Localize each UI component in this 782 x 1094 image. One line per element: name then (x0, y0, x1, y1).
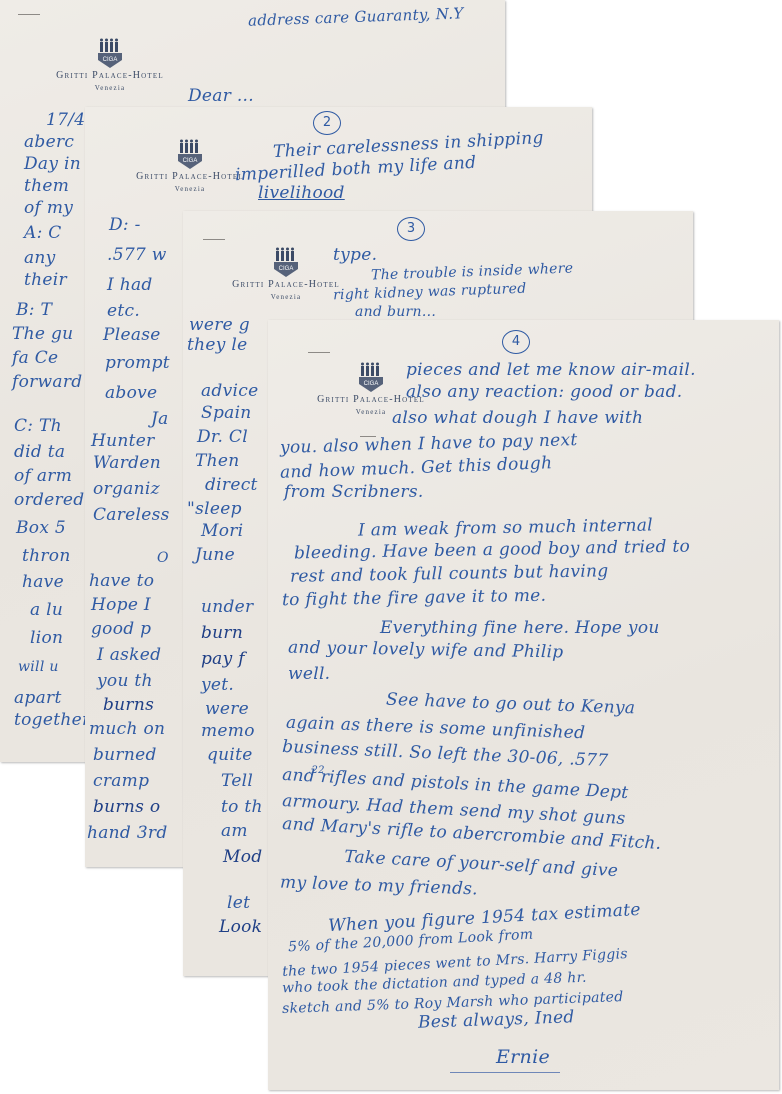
text-line: have (22, 574, 64, 591)
text-line: were g (189, 317, 250, 334)
text-line: hand 3rd (87, 825, 168, 842)
text-line: D: - (109, 217, 141, 234)
svg-text:CIGA: CIGA (279, 266, 294, 272)
text-line: rest and took full counts but having (290, 563, 609, 586)
text-line: etc. (107, 303, 140, 320)
text-line: they le (187, 337, 247, 354)
text-line: lion (30, 630, 63, 647)
text-line: direct (205, 477, 258, 494)
text-line: also what dough I have with (392, 410, 643, 427)
text-line: Everything fine here. Hope you (380, 620, 660, 637)
page-number-badge: 2 (313, 111, 341, 135)
text-line: forward (12, 374, 82, 391)
ciga-logo-icon: CIGA (358, 360, 384, 392)
text-line: pay f (201, 651, 245, 668)
text-line: were (205, 701, 249, 718)
text-line: did ta (14, 444, 65, 461)
text-line: organiz (93, 481, 160, 498)
text-line: type. (333, 247, 377, 264)
text-line: bleeding. Have been a good boy and tried… (294, 539, 690, 563)
text-line: quite (207, 747, 253, 764)
text-line: burns o (93, 799, 160, 816)
text-line: Mod (223, 849, 262, 866)
letterhead: CIGA Gritti Palace-Hotel Venezia (40, 36, 180, 92)
text-line: I had (107, 277, 153, 294)
text-line: June (195, 547, 235, 564)
text-line: a lu (30, 602, 63, 619)
text-line: together (14, 712, 90, 729)
text-line: Box 5 (16, 520, 66, 537)
text-line: .577 w (107, 247, 167, 264)
text-line: I am weak from so much internal (358, 517, 653, 539)
text-line: advice (201, 383, 258, 400)
text-line: to fight the fire gave it to me. (282, 588, 547, 610)
text-line: C: Th (14, 418, 62, 435)
text-line: Ja (151, 411, 169, 428)
text-line: and burn... (355, 305, 436, 319)
text-line: aberc (24, 134, 74, 151)
text-line: well. (288, 666, 330, 683)
text-line: under (201, 599, 253, 616)
text-line: and how much. Get this dough (280, 455, 553, 481)
svg-text:CIGA: CIGA (364, 381, 379, 387)
text-line: let (227, 895, 250, 912)
text-line: Spain (201, 405, 252, 422)
text-line: business still. So left the 30-06, .577 (282, 739, 609, 770)
text-line: Careless (93, 507, 170, 524)
text-line: them (24, 178, 69, 195)
text-line: am (221, 823, 248, 840)
text-line: their (24, 272, 67, 289)
page-number-badge: 4 (502, 330, 530, 354)
text-line: pieces and let me know air-mail. (406, 362, 696, 379)
salutation: Dear ... (188, 88, 254, 105)
text-line: burned (93, 747, 157, 764)
text-line: A: C (24, 225, 62, 242)
text-line: you th (97, 673, 153, 690)
text-line: will u (18, 660, 59, 674)
text-line: Please (103, 327, 161, 344)
divider (203, 239, 225, 240)
hotel-name: Gritti Palace-Hotel (40, 70, 180, 81)
text-line: Mori (201, 523, 243, 540)
letter-page-4: 4 CIGA Gritti Palace-Hotel Venezia piece… (268, 320, 779, 1090)
text-line: Tell (221, 773, 253, 790)
signature-underline (450, 1072, 560, 1073)
text-line: Hunter (91, 433, 155, 450)
text-line: "sleep (187, 501, 242, 518)
text-line: burns (103, 697, 154, 714)
text-line: livelihood (258, 185, 345, 202)
text-line: also any reaction: good or bad. (406, 384, 682, 401)
hotel-city: Venezia (40, 84, 180, 92)
text-line: good p (91, 621, 151, 638)
hotel-city: Venezia (115, 185, 265, 193)
text-line: Warden (93, 455, 161, 472)
text-line: See have to go out to Kenya (386, 692, 636, 718)
text-line: thron (22, 548, 71, 565)
text-line: of my (24, 200, 73, 217)
ciga-logo-icon: CIGA (273, 245, 299, 277)
text-line: B: T (16, 302, 52, 319)
text-line: Day in (24, 156, 81, 173)
text-line: yet. (201, 677, 234, 694)
address-note: address care Guaranty, N.Y (248, 6, 464, 29)
text-line: cramp (93, 773, 149, 790)
svg-text:CIGA: CIGA (103, 57, 118, 63)
text-line: my love to my friends. (280, 875, 478, 899)
text-line: from Scribners. (284, 484, 424, 501)
text-line: imperilled both my life and (235, 155, 477, 185)
text-line: much on (89, 721, 165, 738)
text-line: memo (201, 723, 255, 740)
text-line: of arm (14, 468, 72, 485)
page-number-badge: 3 (397, 217, 425, 241)
closing: Best always, Ined (418, 1009, 575, 1031)
text-line: Hope I (91, 597, 151, 614)
text-line: O (157, 551, 169, 565)
text-line: apart (14, 690, 62, 707)
text-line: The trouble is inside where (371, 261, 574, 282)
text-line: any (24, 250, 56, 267)
text-line: have to (89, 573, 154, 590)
ciga-logo-icon: CIGA (97, 36, 123, 68)
text-line: Look (219, 919, 262, 936)
text-line: The gu (12, 326, 73, 343)
svg-text:CIGA: CIGA (183, 158, 198, 164)
divider (18, 14, 40, 15)
text-line: fa Ce (12, 350, 58, 367)
text-line: Dr. Cl (197, 429, 248, 446)
text-line: and your lovely wife and Philip (288, 640, 564, 662)
text-line: I asked (97, 647, 161, 664)
text-line: to th (221, 799, 263, 816)
signature: Ernie (496, 1048, 550, 1067)
text-line: prompt (105, 355, 170, 372)
text-line: ordered (14, 492, 84, 509)
ciga-logo-icon: CIGA (177, 137, 203, 169)
divider (308, 352, 330, 353)
text-line: right kidney was ruptured (333, 282, 527, 303)
text-line: burn (201, 625, 243, 642)
text-line: Then (195, 453, 240, 470)
text-line: above (105, 385, 157, 402)
